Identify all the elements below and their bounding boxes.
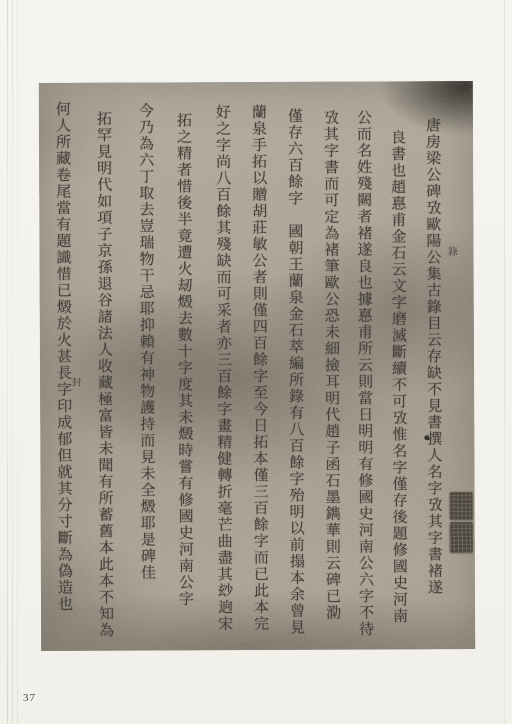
manuscript-column-6: 蘭泉手拓以贈胡莊敏公者則僅四百餘字至今日拓本僅三百餘字而已此本完 — [250, 104, 270, 632]
manuscript-column-2: 良書也趙惪甫金石云文字磨滅斷續不可攷惟名字僅存後題修國史河南 — [389, 129, 409, 624]
page-gutter-line — [7, 0, 8, 724]
manuscript-photo: 唐房梁公碑攷歐陽公集古錄目云存缺不見書撰人名字攷其字書褚遂 良書也趙惪甫金石云文… — [39, 81, 475, 651]
manuscript-column-9: 今乃為六丁取去豈瑞物干忌耶抑賴有神物護持而見未全燬耶是碑佳 — [137, 102, 157, 581]
manuscript-column-5: 僅存六百餘字 國朝王蘭泉金石萃編所錄有八百餘字殆明以前搨本余曾見 — [286, 108, 306, 636]
page-gutter-line — [17, 0, 18, 724]
manuscript-column-8: 拓之精者惜後半竟遭火刼燬去數十字度其未燬時嘗有修國史河南公字 — [175, 112, 195, 607]
book-page: 唐房梁公碑攷歐陽公集古錄目云存缺不見書撰人名字攷其字書褚遂 良書也趙惪甫金石云文… — [0, 0, 512, 724]
inserted-correction-char: 錄 — [443, 246, 458, 256]
page-gutter-line — [12, 0, 13, 724]
manuscript-column-4: 攷其字書而可定為褚筆歐公恐未細撿耳明代趙子函石墨鐫華則云碑已泐 — [322, 110, 342, 622]
page-edge-line — [504, 0, 505, 724]
manuscript-column-1: 唐房梁公碑攷歐陽公集古錄目云存缺不見書撰人名字攷其字書褚遂 — [424, 117, 444, 596]
ink-spot — [424, 435, 429, 440]
inserted-correction-char: 封 — [67, 377, 82, 387]
collector-seal-lower — [450, 522, 473, 553]
manuscript-column-10: 拓罕見明代如項子京孫退谷諸法人收藏極富皆未聞有所蓄舊本此本不知為 — [95, 111, 115, 639]
manuscript-column-11: 何人所藏卷尾當有題識惜已燬於火甚長字印成郁但就其分寸斷為偽造也 — [54, 101, 74, 613]
collector-seal-upper — [450, 492, 473, 520]
manuscript-column-7: 好之字尚八百餘其殘缺而可采者亦三百餘字畫精健轉折毫芒曲盡其玅逈宋 — [214, 104, 234, 632]
manuscript-column-3: 公而名姓殘闕者褚遂良也據惪甫所云則當日明明有修國史河南公六字不待 — [355, 109, 375, 637]
page-number: 37 — [23, 692, 36, 704]
